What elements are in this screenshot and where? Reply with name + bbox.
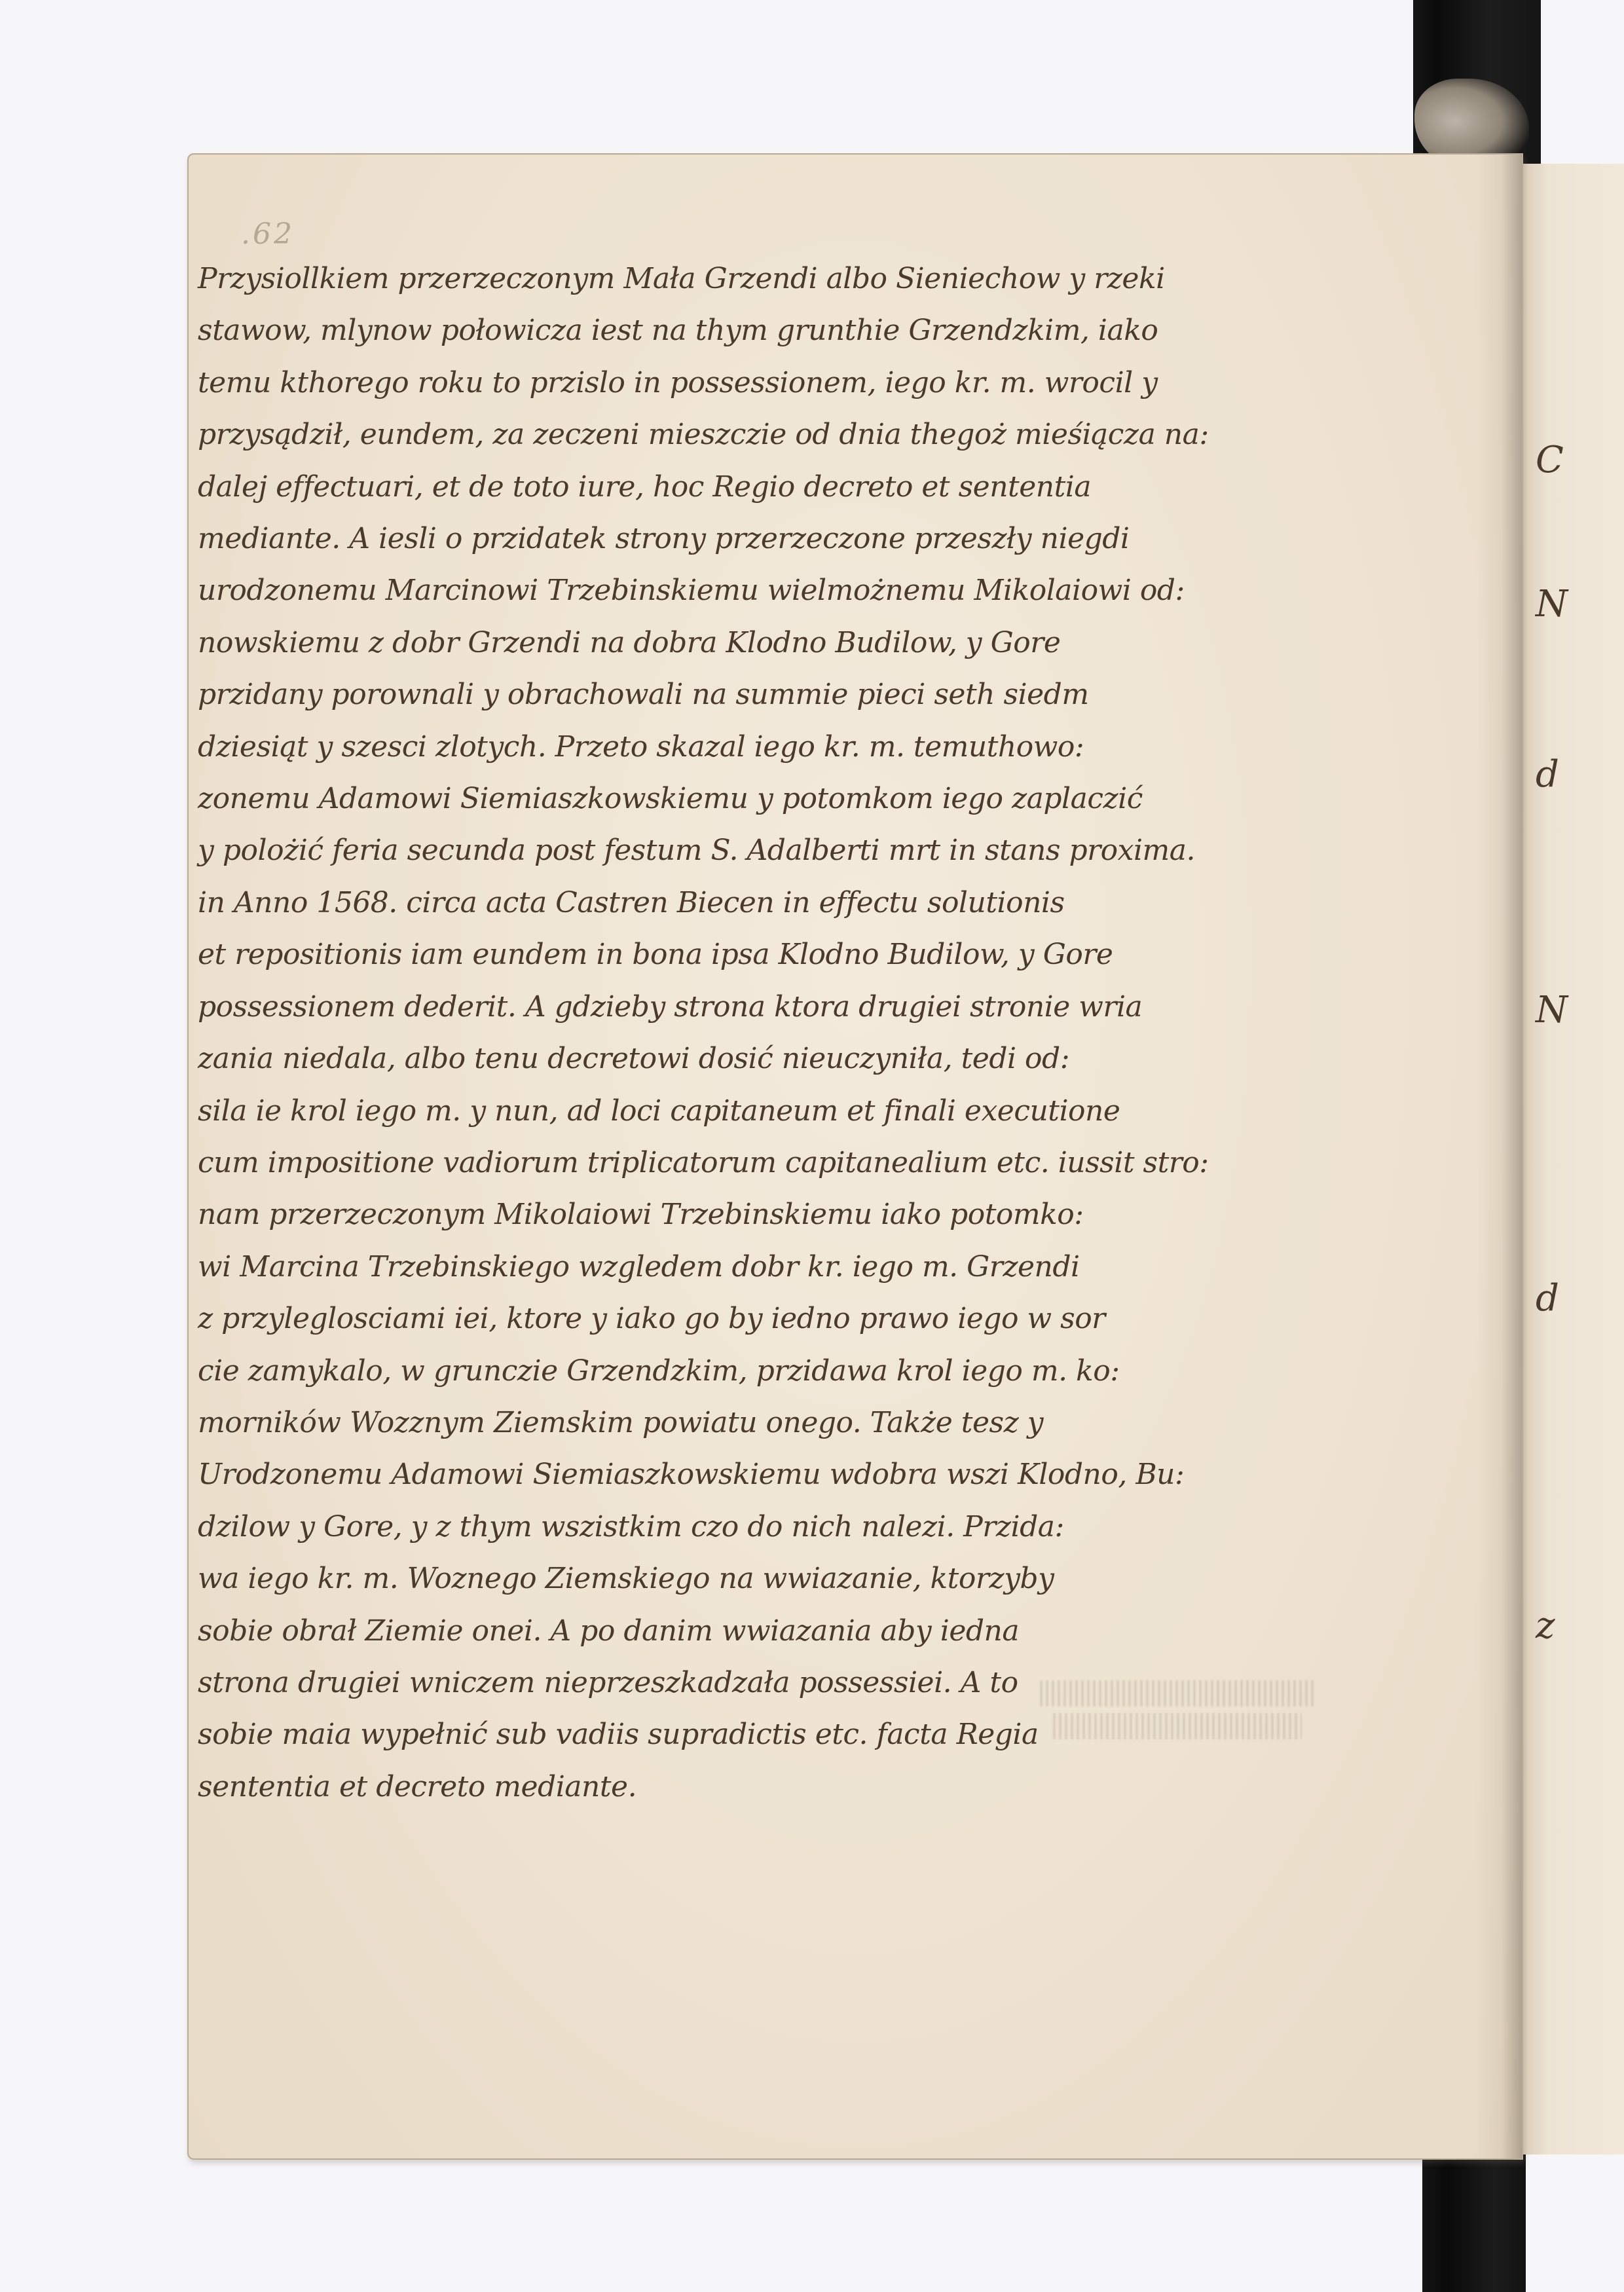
text-line: wa iego kr. m. Woznego Ziemskiego na wwi… xyxy=(198,1553,1429,1604)
text-line: dziesiąt y szesci zlotych. Przeto skazal… xyxy=(198,721,1429,773)
text-line: sila ie krol iego m. y nun, ad loci capi… xyxy=(198,1085,1429,1137)
text-line: przidany porownali y obrachowali na summ… xyxy=(198,669,1429,720)
text-line: nowskiemu z dobr Grzendi na dobra Klodno… xyxy=(198,617,1429,669)
text-line: possessionem dederit. A gdzieby strona k… xyxy=(198,981,1429,1033)
offset-ink-stain xyxy=(1040,1680,1315,1707)
text-line: y polożić feria secunda post festum S. A… xyxy=(198,824,1429,876)
facing-page-edge: C N d N d z xyxy=(1521,164,1624,2154)
text-line: przysądził, eundem, za zeczeni mieszczie… xyxy=(198,409,1429,460)
ink-fragment: C xyxy=(1536,439,1564,481)
folio-number: .62 xyxy=(241,217,295,251)
text-line: dzilow y Gore, y z thym wszistkim czo do… xyxy=(198,1501,1429,1553)
text-line: urodzonemu Marcinowi Trzebinskiemu wielm… xyxy=(198,564,1429,616)
text-line: z przyleglosciami iei, ktore y iako go b… xyxy=(198,1293,1429,1344)
text-line: in Anno 1568. circa acta Castren Biecen … xyxy=(198,877,1429,929)
text-line: mediante. A iesli o przidatek strony prz… xyxy=(198,513,1429,564)
text-line: et repositionis iam eundem in bona ipsa … xyxy=(198,929,1429,980)
facing-page-ink-fragments: C N d N d z xyxy=(1536,164,1624,2154)
text-line: sobie obrał Ziemie onei. A po danim wwia… xyxy=(198,1605,1429,1657)
text-line: temu kthorego roku to przislo in possess… xyxy=(198,357,1429,409)
text-line: cie zamykalo, w grunczie Grzendzkim, prz… xyxy=(198,1345,1429,1397)
text-line: zonemu Adamowi Siemiaszkowskiemu y potom… xyxy=(198,773,1429,824)
ink-fragment: z xyxy=(1536,1604,1555,1647)
gutter-shadow xyxy=(1476,155,1522,2158)
text-line: zania niedala, albo tenu decretowi dosić… xyxy=(198,1033,1429,1084)
manuscript-page: .62 Przysiollkiem przerzeczonym Mała Grz… xyxy=(187,153,1523,2160)
text-line: cum impositione vadiorum triplicatorum c… xyxy=(198,1137,1429,1189)
text-line: nam przerzeczonym Mikolaiowi Trzebinskie… xyxy=(198,1189,1429,1240)
text-line: Przysiollkiem przerzeczonym Mała Grzendi… xyxy=(198,253,1429,305)
ink-fragment: d xyxy=(1536,753,1559,796)
text-line: sententia et decreto mediante. xyxy=(198,1761,1429,1813)
text-line: Urodzonemu Adamowi Siemiaszkowskiemu wdo… xyxy=(198,1449,1429,1500)
text-line: dalej effectuari, et de toto iure, hoc R… xyxy=(198,461,1429,513)
manuscript-text: Przysiollkiem przerzeczonym Mała Grzendi… xyxy=(198,253,1429,1813)
ink-fragment: N xyxy=(1536,583,1568,625)
offset-ink-stain xyxy=(1053,1713,1302,1739)
text-line: morników Wozznym Ziemskim powiatu onego.… xyxy=(198,1397,1429,1449)
book-binding-bottom xyxy=(1422,2151,1526,2292)
ink-fragment: d xyxy=(1536,1277,1559,1320)
ink-fragment: N xyxy=(1536,989,1568,1031)
text-line: stawow, mlynow połowicza iest na thym gr… xyxy=(198,305,1429,356)
text-line: wi Marcina Trzebinskiego wzgledem dobr k… xyxy=(198,1241,1429,1293)
